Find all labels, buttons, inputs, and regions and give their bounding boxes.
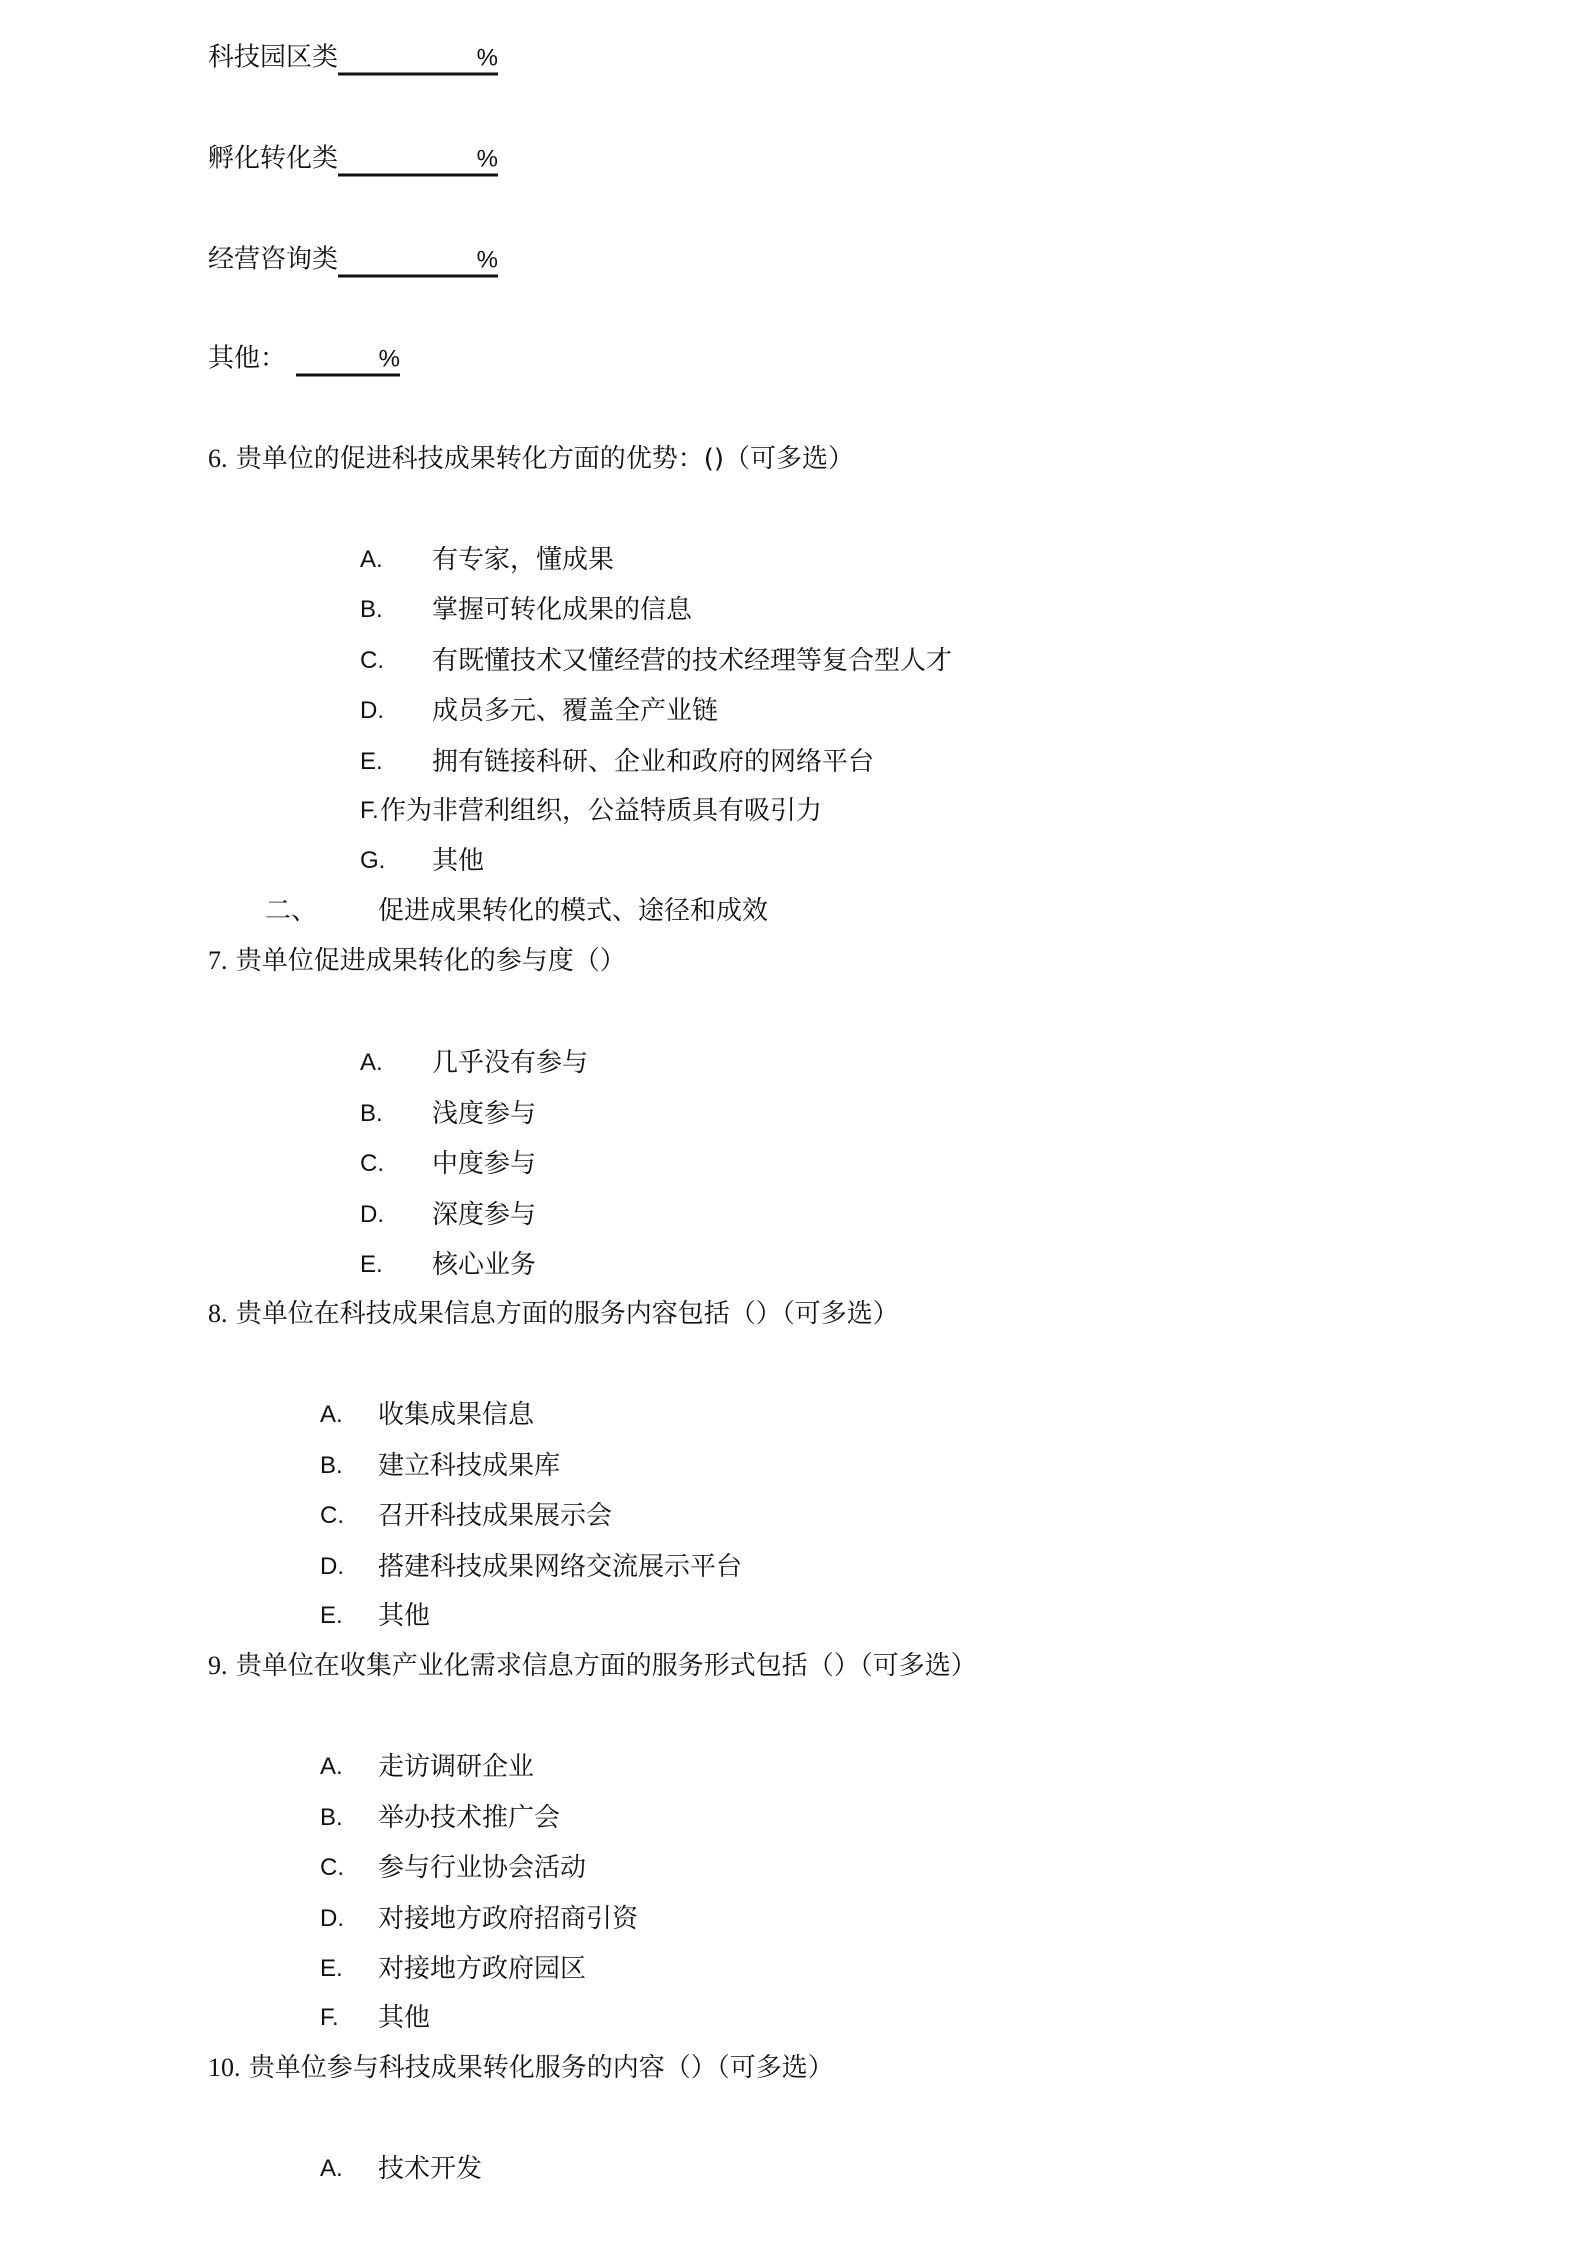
percent-field-label: 科技园区类 xyxy=(208,43,338,73)
question-text: 贵单位参与科技成果转化服务的内容（）（可多选） xyxy=(249,2053,834,2083)
question-7: 7. 贵单位促进成果转化的参与度（） xyxy=(208,944,626,978)
option-label[interactable]: C. xyxy=(320,1851,344,1885)
percent-blank-input[interactable]: % xyxy=(338,44,498,76)
option-text[interactable]: 中度参与 xyxy=(432,1147,536,1181)
option-text[interactable]: 有专家，懂成果 xyxy=(432,543,614,577)
question-number: 9. xyxy=(208,1651,228,1680)
option-text[interactable]: 对接地方政府园区 xyxy=(378,1952,586,1986)
percent-blank-input[interactable]: % xyxy=(338,145,498,177)
option-text[interactable]: 技术开发 xyxy=(378,2152,482,2186)
option-label[interactable]: E. xyxy=(320,1599,343,1633)
option-label[interactable]: A. xyxy=(360,543,383,577)
option-text[interactable]: 召开科技成果展示会 xyxy=(378,1499,612,1533)
option-label[interactable]: D. xyxy=(360,1198,384,1232)
option-label[interactable]: B. xyxy=(320,1449,343,1483)
option-text[interactable]: 其他 xyxy=(432,844,484,878)
option-label[interactable]: D. xyxy=(320,1902,344,1936)
question-10: 10. 贵单位参与科技成果转化服务的内容（）（可多选） xyxy=(208,2051,834,2085)
question-number: 7. xyxy=(208,946,228,975)
option-text[interactable]: 深度参与 xyxy=(432,1198,536,1232)
option-label[interactable]: D. xyxy=(320,1550,344,1584)
option-label[interactable]: B. xyxy=(360,1097,383,1131)
option-label[interactable]: F. xyxy=(360,794,379,828)
question-text: 贵单位促进成果转化的参与度（） xyxy=(236,946,626,976)
percent-field-label: 其他： xyxy=(208,344,286,374)
option-text[interactable]: 搭建科技成果网络交流展示平台 xyxy=(378,1550,742,1584)
section-number: 二、 xyxy=(265,896,317,926)
percent-field-other: 其他：% xyxy=(208,342,400,377)
option-label[interactable]: E. xyxy=(320,1952,343,1986)
option-text[interactable]: 成员多元、覆盖全产业链 xyxy=(432,694,718,728)
question-6: 6. 贵单位的促进科技成果转化方面的优势：()（可多选） xyxy=(208,442,854,476)
option-label[interactable]: E. xyxy=(360,1248,383,1282)
option-label[interactable]: C. xyxy=(360,1147,384,1181)
option-text[interactable]: 对接地方政府招商引资 xyxy=(378,1902,638,1936)
option-text[interactable]: 拥有链接科研、企业和政府的网络平台 xyxy=(432,745,874,779)
option-text[interactable]: 有既懂技术又懂经营的技术经理等复合型人才 xyxy=(432,644,952,678)
option-label[interactable]: A. xyxy=(320,2152,343,2186)
percent-blank-input[interactable]: % xyxy=(338,246,498,278)
option-label[interactable]: F. xyxy=(320,2001,339,2035)
option-label[interactable]: G. xyxy=(360,844,385,878)
percent-field-incubation: 孵化转化类% xyxy=(208,142,498,177)
percent-field-science-park: 科技园区类% xyxy=(208,41,498,76)
question-text: 贵单位的促进科技成果转化方面的优势：()（可多选） xyxy=(236,444,854,474)
percent-field-label: 孵化转化类 xyxy=(208,144,338,174)
option-text[interactable]: 作为非营利组织，公益特质具有吸引力 xyxy=(380,794,822,828)
option-text[interactable]: 浅度参与 xyxy=(432,1097,536,1131)
percent-blank-input[interactable]: % xyxy=(296,345,400,377)
percent-unit: % xyxy=(477,146,498,173)
option-label[interactable]: A. xyxy=(360,1046,383,1080)
option-label[interactable]: C. xyxy=(360,644,384,678)
option-text[interactable]: 建立科技成果库 xyxy=(378,1449,560,1483)
percent-unit: % xyxy=(379,346,400,373)
option-label[interactable]: D. xyxy=(360,694,384,728)
section-heading: 二、 xyxy=(265,894,317,928)
option-text[interactable]: 收集成果信息 xyxy=(378,1398,534,1432)
percent-field-consulting: 经营咨询类% xyxy=(208,243,498,278)
option-label[interactable]: A. xyxy=(320,1398,343,1432)
option-label[interactable]: E. xyxy=(360,745,383,779)
option-text[interactable]: 其他 xyxy=(378,1599,430,1633)
percent-unit: % xyxy=(477,247,498,274)
percent-field-label: 经营咨询类 xyxy=(208,245,338,275)
option-label[interactable]: B. xyxy=(320,1801,343,1835)
option-text[interactable]: 核心业务 xyxy=(432,1248,536,1282)
question-9: 9. 贵单位在收集产业化需求信息方面的服务形式包括（）（可多选） xyxy=(208,1649,977,1683)
option-label[interactable]: C. xyxy=(320,1499,344,1533)
question-number: 10. xyxy=(208,2053,241,2082)
percent-unit: % xyxy=(477,45,498,72)
question-number: 6. xyxy=(208,444,228,473)
option-label[interactable]: A. xyxy=(320,1750,343,1784)
option-text[interactable]: 其他 xyxy=(378,2001,430,2035)
question-8: 8. 贵单位在科技成果信息方面的服务内容包括（）（可多选） xyxy=(208,1297,899,1331)
option-label[interactable]: B. xyxy=(360,593,383,627)
question-text: 贵单位在科技成果信息方面的服务内容包括（）（可多选） xyxy=(236,1299,899,1329)
question-text: 贵单位在收集产业化需求信息方面的服务形式包括（）（可多选） xyxy=(236,1651,977,1681)
option-text[interactable]: 走访调研企业 xyxy=(378,1750,534,1784)
option-text[interactable]: 几乎没有参与 xyxy=(432,1046,588,1080)
option-text[interactable]: 参与行业协会活动 xyxy=(378,1851,586,1885)
section-title: 促进成果转化的模式、途径和成效 xyxy=(378,894,768,928)
option-text[interactable]: 掌握可转化成果的信息 xyxy=(432,593,692,627)
question-number: 8. xyxy=(208,1299,228,1328)
option-text[interactable]: 举办技术推广会 xyxy=(378,1801,560,1835)
